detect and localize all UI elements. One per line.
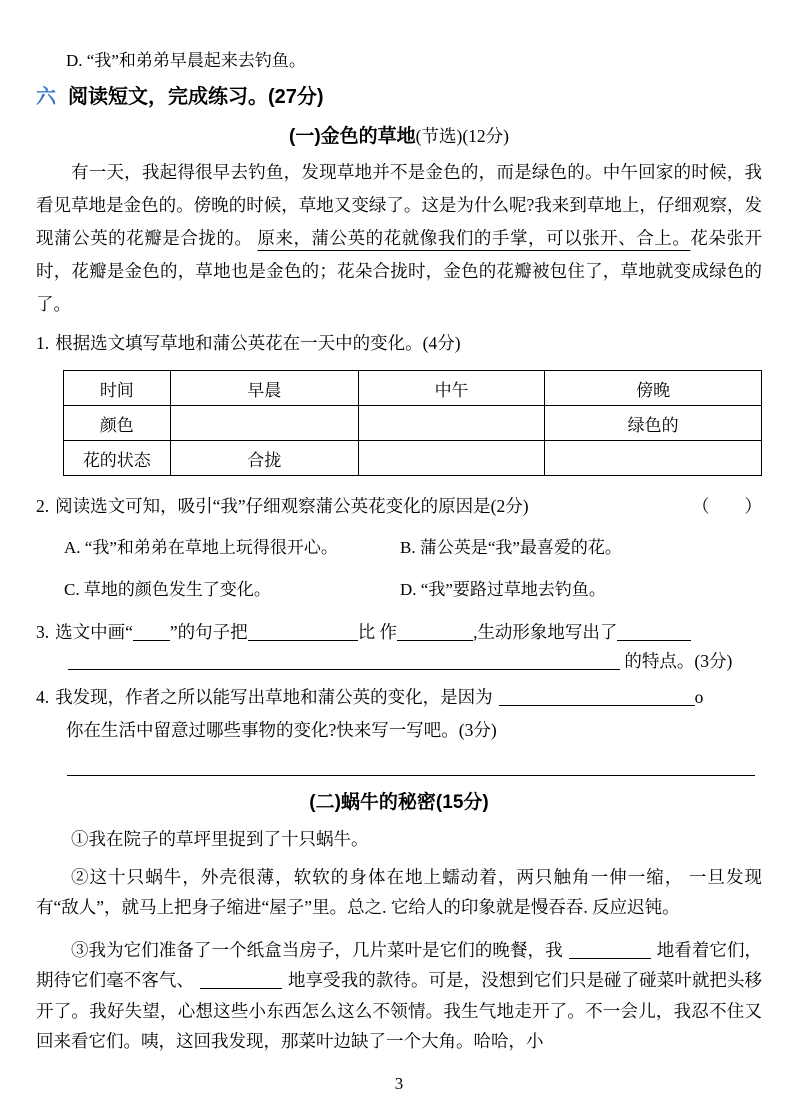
- option-d2-text: “我”要路过草地去钓鱼。: [421, 580, 606, 599]
- question-3-seg5: 的特点。(3分): [624, 651, 732, 671]
- option-d2-label: D.: [400, 580, 417, 599]
- table-cell-color-evening: 绿色的: [545, 406, 762, 441]
- table-cell-time-label: 时间: [64, 371, 171, 406]
- table-cell-color-label: 颜色: [64, 406, 171, 441]
- question-3-long-blank[interactable]: [68, 652, 620, 670]
- question-2-number: 2.: [36, 496, 49, 516]
- question-3-number: 3.: [36, 622, 49, 642]
- table-cell-evening-label: 傍晚: [545, 371, 762, 406]
- page-content: D. “我”和弟弟早晨起来去钓鱼。 六阅读短文，完成练习。(27分) (一)金色…: [0, 0, 798, 1057]
- option-d-text: “我”和弟弟早晨起来去钓鱼。: [87, 51, 306, 70]
- option-d-label: D.: [66, 51, 83, 70]
- option-b-text: 蒲公英是“我”最喜爱的花。: [420, 538, 622, 557]
- question-3-seg2: ”的句子把: [170, 622, 248, 642]
- table-cell-color-morning-blank[interactable]: [170, 406, 358, 441]
- table-cell-state-label: 花的状态: [64, 441, 171, 476]
- question-2: 2.阅读选文可知，吸引“我”仔细观察蒲公英花变化的原因是(2分) （ ）: [36, 493, 762, 518]
- table-cell-state-evening-blank[interactable]: [545, 441, 762, 476]
- passage1-text: 有一天，我起得很早去钓鱼，发现草地并不是金色的，而是绿色的。中午回家的时候，我看…: [36, 156, 762, 321]
- section-six-header: 六阅读短文，完成练习。(27分): [36, 84, 762, 110]
- option-d2[interactable]: D. “我”要路过草地去钓鱼。: [400, 575, 762, 600]
- question-2-text: 阅读选文可知，吸引“我”仔细观察蒲公英花变化的原因是(2分): [55, 496, 528, 516]
- question-4-number: 4.: [36, 687, 49, 707]
- option-a[interactable]: A. “我”和弟弟在草地上玩得很开心。: [64, 533, 400, 558]
- passage2-para-2: ②这十只蜗牛，外壳很薄，软软的身体在地上蠕动着，两只触角一伸一缩， 一旦发现有“…: [36, 862, 762, 923]
- option-b[interactable]: B. 蒲公英是“我”最喜爱的花。: [400, 533, 762, 558]
- answer-table: 时间 早晨 中午 傍晚 颜色 绿色的 花的状态 合拢: [63, 370, 762, 476]
- question-1-text: 根据选文填写草地和蒲公英花在一天中的变化。(4分): [55, 333, 460, 353]
- passage1-title: (一)金色的草地(节选)(12分): [36, 122, 762, 151]
- question-4: 4.我发现，作者之所以能写出草地和蒲公英的变化，是因为o: [36, 684, 762, 709]
- question-4-answer-line[interactable]: [67, 775, 755, 776]
- question-4-text: 我发现，作者之所以能写出草地和蒲公英的变化，是因为: [55, 687, 493, 707]
- option-b-label: B.: [400, 538, 416, 557]
- question-4-tail: o: [695, 687, 704, 707]
- question-3-blank-subject[interactable]: [248, 623, 358, 641]
- question-2-answer-bracket[interactable]: （ ）: [692, 493, 762, 518]
- question-3-seg3: 比 作: [358, 622, 397, 642]
- option-c-label: C.: [64, 580, 80, 599]
- question-3-quoted-blank[interactable]: [133, 623, 170, 641]
- table-row-flower-state: 花的状态 合拢: [64, 441, 762, 476]
- passage2-para3-blank-1[interactable]: [569, 941, 651, 959]
- table-cell-state-morning: 合拢: [170, 441, 358, 476]
- passage1-title-main: (一)金色的草地: [289, 126, 416, 147]
- exam-page: D. “我”和弟弟早晨起来去钓鱼。 六阅读短文，完成练习。(27分) (一)金色…: [0, 0, 798, 1114]
- page-number: 3: [0, 1074, 798, 1094]
- table-cell-morning-label: 早晨: [170, 371, 358, 406]
- question-3: 3.选文中画“”的句子把比 作,生动形象地写出了: [36, 619, 762, 644]
- passage2-para-1: ①我在院子的草坪里捉到了十只蜗牛。: [36, 824, 762, 855]
- question-1-number: 1.: [36, 333, 49, 353]
- option-a-text: “我”和弟弟在草地上玩得很开心。: [85, 538, 338, 557]
- question-3-seg1: 选文中画“: [55, 622, 133, 642]
- passage2-para3-seg1: ③我为它们准备了一个纸盒当房子，几片菜叶是它们的晚餐，我: [71, 940, 563, 960]
- table-row-color: 颜色 绿色的: [64, 406, 762, 441]
- question-1: 1.根据选文填写草地和蒲公英花在一天中的变化。(4分): [36, 330, 762, 355]
- passage1-title-sub: (节选)(12分): [416, 126, 509, 146]
- question-3-blank-feature[interactable]: [617, 623, 691, 641]
- option-c[interactable]: C. 草地的颜色发生了变化。: [64, 575, 400, 600]
- question-4-line2: 你在生活中留意过哪些事物的变化?快来写一写吧。(3分): [36, 717, 762, 742]
- table-header-row: 时间 早晨 中午 傍晚: [64, 371, 762, 406]
- table-cell-noon-label: 中午: [358, 371, 544, 406]
- passage2-para3-blank-2[interactable]: [200, 971, 282, 989]
- option-c-text: 草地的颜色发生了变化。: [84, 580, 271, 599]
- question-2-stem: 2.阅读选文可知，吸引“我”仔细观察蒲公英花变化的原因是(2分): [36, 493, 529, 518]
- passage2-para-3: ③我为它们准备了一个纸盒当房子，几片菜叶是它们的晚餐，我地看着它们，期待它们毫不…: [36, 935, 762, 1057]
- question-3-blank-compared[interactable]: [397, 623, 473, 641]
- passage2-title: (二)蜗牛的秘密(15分): [36, 789, 762, 817]
- section-number: 六: [36, 86, 56, 108]
- passage1-underlined-sentence: 原来，蒲公英的花就像我们的手掌，可以张开、合上。: [257, 228, 690, 248]
- carryover-option-d: D. “我”和弟弟早晨起来去钓鱼。: [36, 46, 762, 71]
- question-3-seg4: ,生动形象地写出了: [473, 622, 617, 642]
- section-title: 阅读短文，完成练习。(27分): [68, 86, 324, 108]
- table-cell-state-noon-blank[interactable]: [358, 441, 544, 476]
- question-2-options: A. “我”和弟弟在草地上玩得很开心。 B. 蒲公英是“我”最喜爱的花。 C. …: [64, 533, 762, 600]
- table-cell-color-noon-blank[interactable]: [358, 406, 544, 441]
- question-3-line2: 的特点。(3分): [36, 648, 762, 673]
- option-a-label: A.: [64, 538, 81, 557]
- question-4-blank[interactable]: [499, 688, 695, 706]
